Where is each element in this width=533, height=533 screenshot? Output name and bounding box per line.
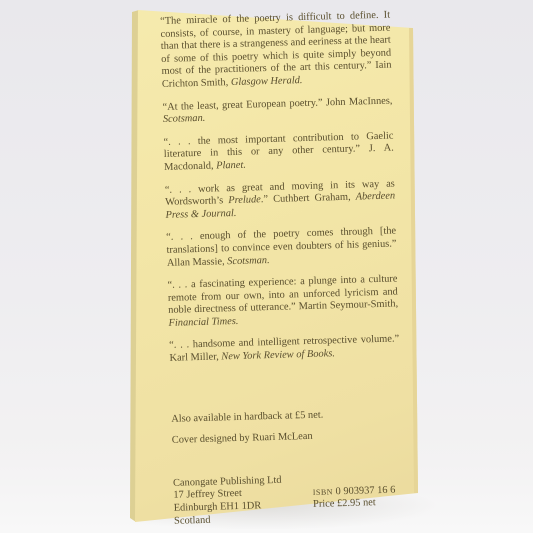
review-quote: “. . . enough of the poetry comes throug… xyxy=(166,226,397,270)
review-quote: “. . . work as great and moving in its w… xyxy=(165,178,396,222)
review-quote: “. . . a fascinating experience: a plung… xyxy=(167,274,398,331)
price: Price £2.95 net xyxy=(313,497,396,512)
isbn-price: ISBN 0 903937 16 6 Price £2.95 net xyxy=(312,471,404,524)
cover-credit: Cover designed by Ruari McLean xyxy=(172,429,402,448)
isbn-label: ISBN xyxy=(313,487,333,497)
isbn-number: 0 903937 16 6 xyxy=(335,484,395,497)
review-quote: “At the least, great European poetry.” J… xyxy=(162,95,393,127)
review-quote: “The miracle of the poetry is difficult … xyxy=(160,10,392,92)
review-quote: “. . . the most important contribution t… xyxy=(163,130,394,174)
publisher-address: Canongate Publishing Ltd 17 Jeffrey Stre… xyxy=(173,475,283,528)
back-cover-text: “The miracle of the poetry is difficult … xyxy=(160,10,404,528)
review-quote: “. . . handsome and intelligent retrospe… xyxy=(169,334,400,366)
